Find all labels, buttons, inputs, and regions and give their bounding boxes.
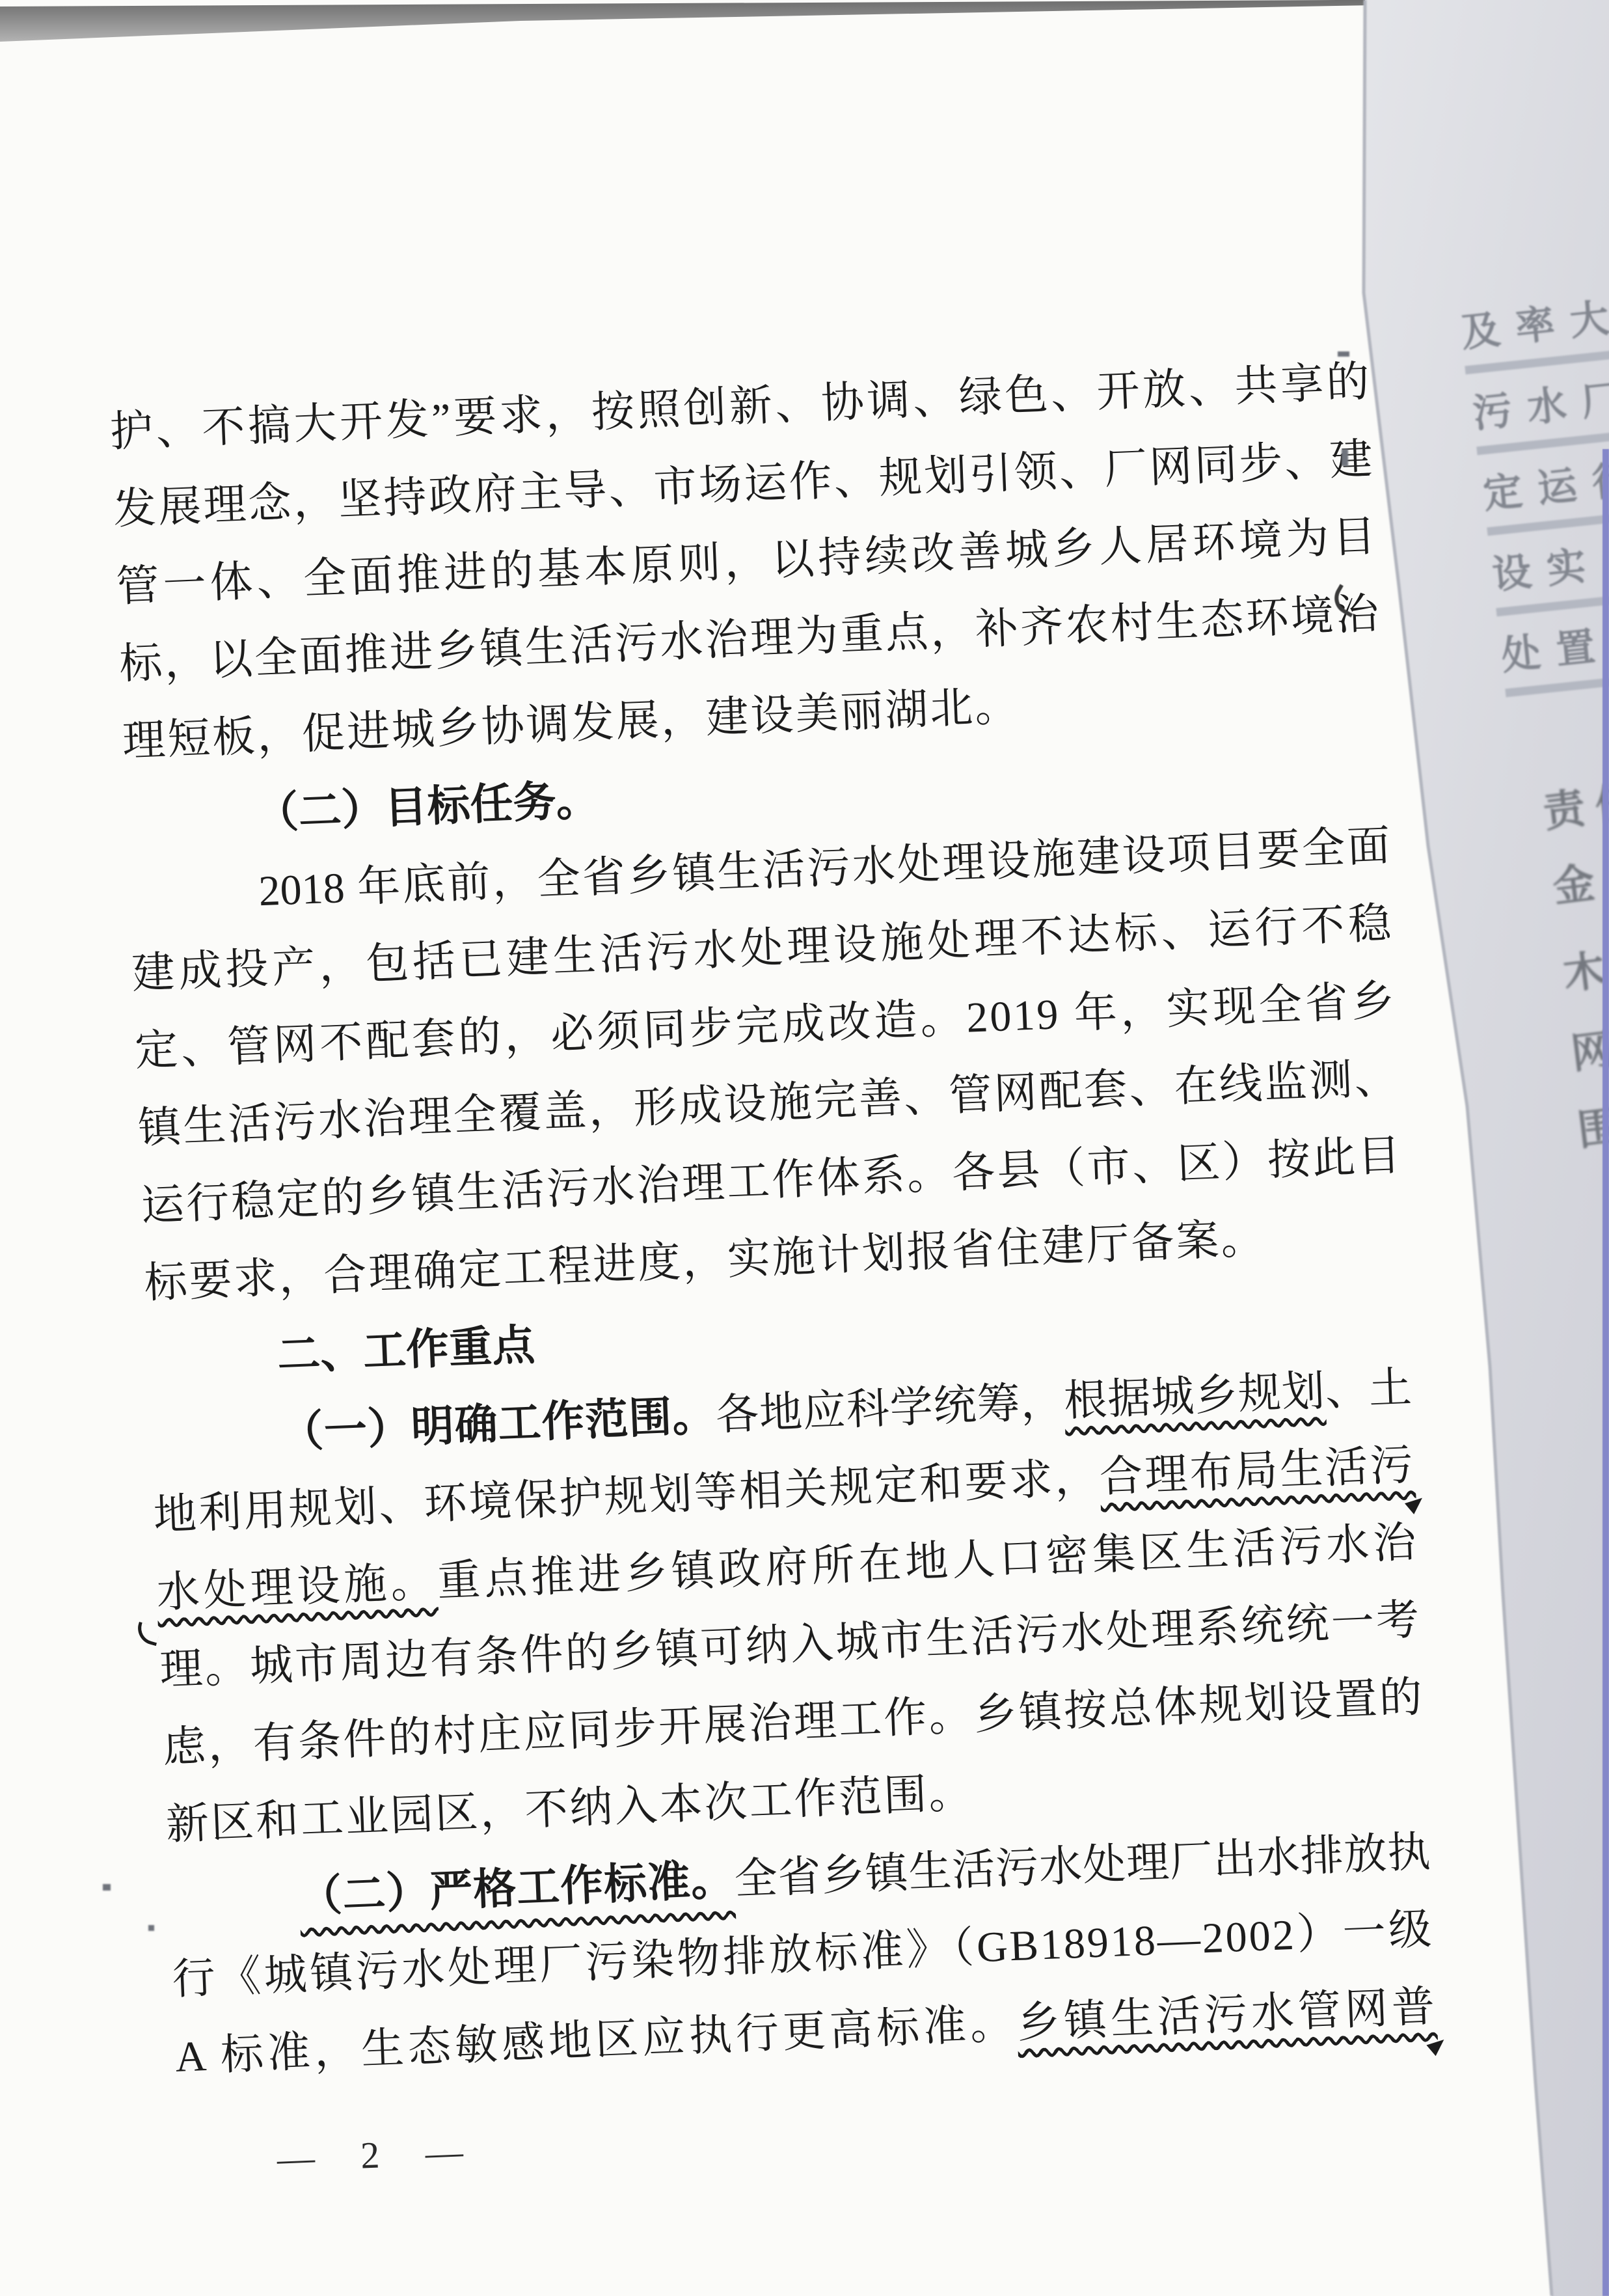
- wavy-underlined-segment: 合理布局生活污: [1099, 1442, 1416, 1501]
- scan-noise: [1338, 351, 1349, 357]
- heading-segment: （二）严格工作标准。: [298, 1856, 735, 1921]
- wavy-underlined-segment: 水处理设施。: [155, 1558, 438, 1617]
- scan-noise: [103, 1884, 111, 1891]
- scan-right-edge-line: [1602, 449, 1609, 2296]
- wavy-underlined-segment: 根据城乡规划: [1063, 1367, 1326, 1425]
- document-body-text: 护、不搞大开发”要求，按照创新、协调、绿色、开放、共享的 发展理念，坚持政府主导…: [107, 314, 1444, 2250]
- heading-segment: （二）目标任务。: [254, 776, 600, 838]
- scan-noise: [148, 1925, 154, 1931]
- heading-segment: 二、工作重点: [277, 1322, 536, 1380]
- page-number: — 2 —: [277, 2129, 482, 2181]
- scan-noise: [1342, 449, 1348, 466]
- scanned-document-page: 及率大 污水厂 定运行 设实 处置 责任 金 木 网 围 护、不搞大开发”要求，…: [0, 0, 1609, 2296]
- wavy-underlined-segment: 乡镇生活污水管网普: [1016, 1983, 1438, 2047]
- heading-segment: （一）明确工作范围。: [280, 1392, 717, 1457]
- text-segment: 各地应科学统筹，: [715, 1378, 1065, 1439]
- text-segment: 、土: [1324, 1364, 1413, 1415]
